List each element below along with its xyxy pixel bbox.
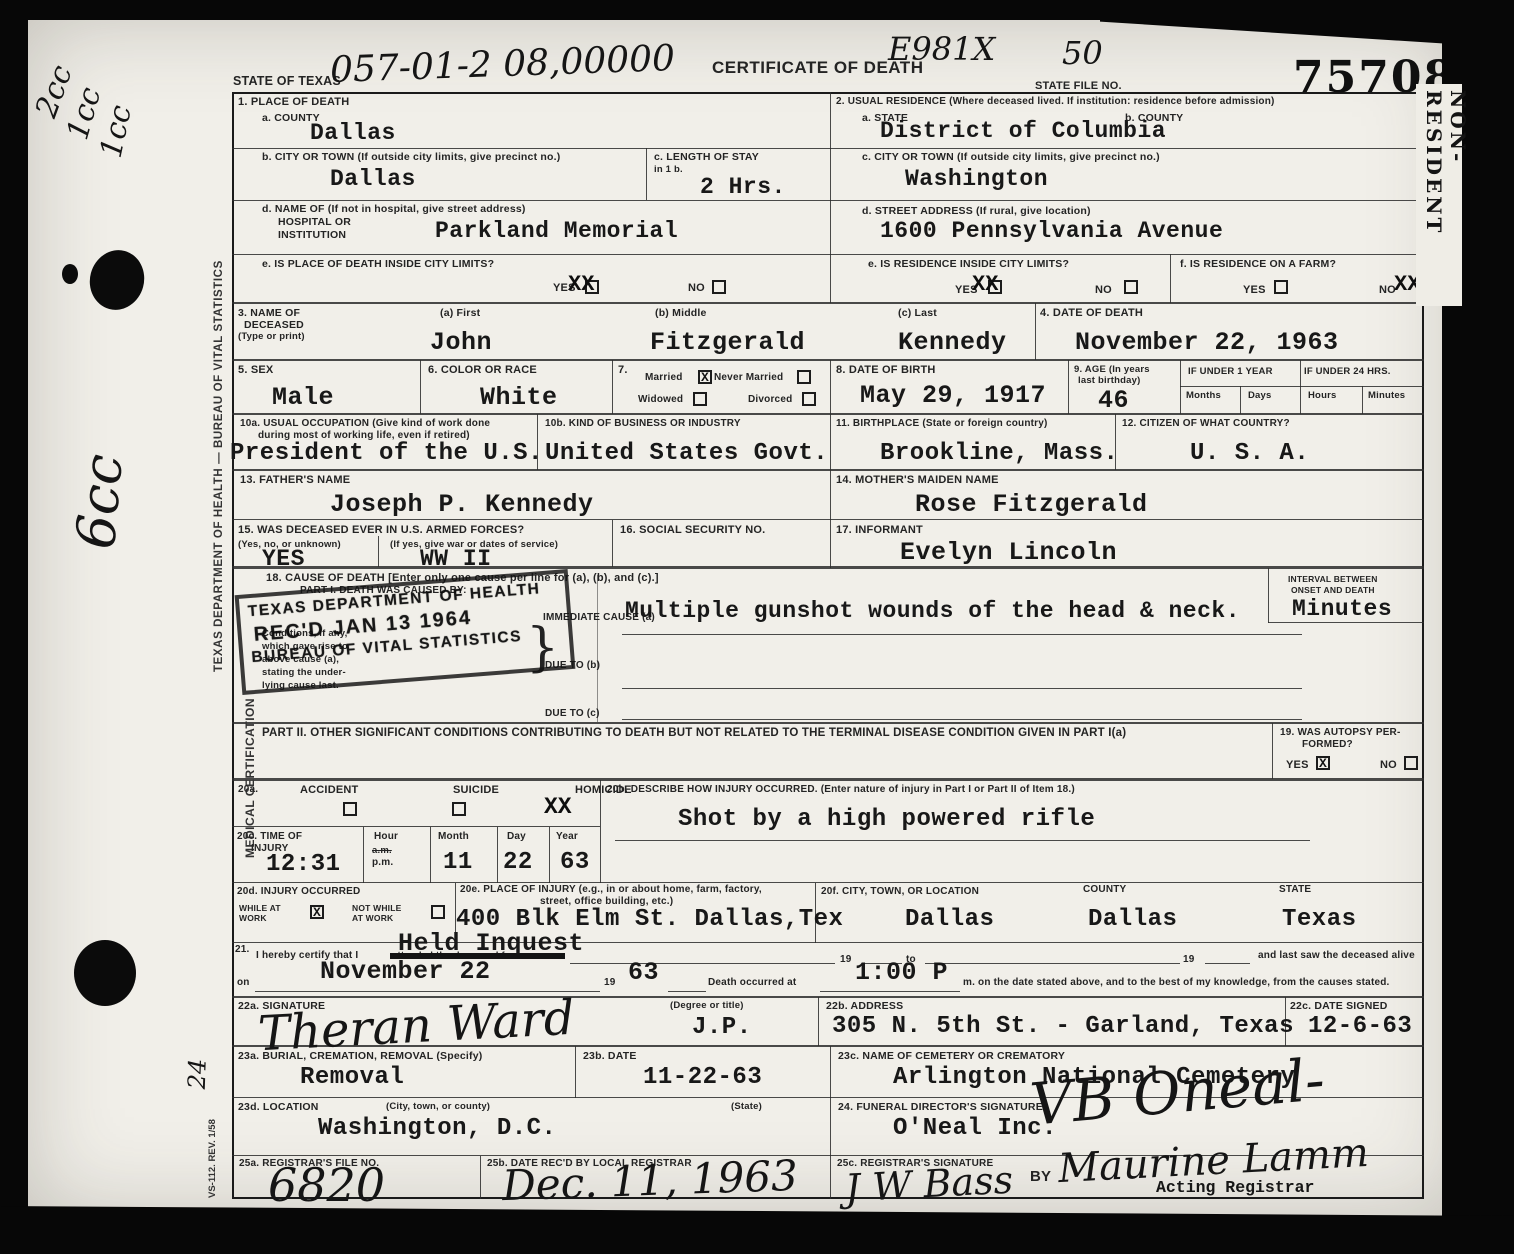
residence-limits-no-label: NO <box>1095 284 1112 296</box>
vline <box>1180 360 1181 414</box>
armed-forces-label: 15. WAS DECEASED EVER IN U.S. ARMED FORC… <box>238 524 524 536</box>
hospital-label: d. NAME OF (If not in hospital, give str… <box>262 203 526 215</box>
handwritten-file-code2: 50 <box>1062 34 1103 72</box>
injury-occurred-label: 20d. INJURY OCCURRED <box>237 886 360 897</box>
death-limits-yes-mark: XX <box>568 272 594 297</box>
autopsy-no-checkbox <box>1404 756 1418 770</box>
month-value: 11 <box>443 849 473 876</box>
death-limits-no-label: NO <box>688 282 705 294</box>
vline <box>363 827 364 883</box>
accident-label: ACCIDENT <box>300 784 358 796</box>
vline <box>1035 303 1036 360</box>
name-of-deceased-label: 3. NAME OF <box>238 307 300 319</box>
state-file-no-label: STATE FILE NO. <box>1035 80 1122 92</box>
injury-city-value: Dallas <box>905 906 994 933</box>
hline <box>232 200 1424 201</box>
hline <box>232 826 600 827</box>
informant-value: Evelyn Lincoln <box>900 538 1117 567</box>
strikethrough-mark <box>390 953 565 959</box>
margin-dept-text: TEXAS DEPARTMENT OF HEALTH — BUREAU OF V… <box>213 260 225 672</box>
residence-limits-label: e. IS RESIDENCE INSIDE CITY LIMITS? <box>868 258 1069 270</box>
city-value: Dallas <box>330 166 416 192</box>
death-certificate-scan: 2cc 1cc 1cc 6cc 24 TEXAS DEPARTMENT OF H… <box>0 0 1514 1254</box>
never-married-checkbox <box>797 370 811 384</box>
county-value: Dallas <box>310 120 396 146</box>
vline <box>1268 568 1269 623</box>
day-value: 22 <box>503 849 533 876</box>
not-while-label1: NOT WHILE <box>352 903 402 913</box>
date-signed-value: 12-6-63 <box>1308 1013 1412 1040</box>
interval-label1: INTERVAL BETWEEN <box>1288 574 1378 584</box>
date-of-death-value: November 22, 1963 <box>1075 328 1339 357</box>
type-or-print-label: (Type or print) <box>238 331 305 342</box>
divorced-label: Divorced <box>748 394 792 405</box>
hline <box>232 359 1424 361</box>
mothers-maiden-value: Rose Fitzgerald <box>915 490 1148 519</box>
vline <box>1300 360 1301 414</box>
location-sublabel2: (State) <box>731 1101 762 1112</box>
birthplace-label: 11. BIRTHPLACE (State or foreign country… <box>836 418 1048 429</box>
vline <box>830 360 831 568</box>
registrar-signature: J W Bass <box>844 1158 1014 1211</box>
blank-line <box>925 963 1180 964</box>
farm-yes-label: YES <box>1243 284 1266 296</box>
hline <box>1180 386 1424 387</box>
ink-blob <box>62 264 78 284</box>
street-address-value: 1600 Pennsylvania Avenue <box>880 218 1223 244</box>
autopsy-no-label: NO <box>1380 759 1397 771</box>
vline <box>830 1046 831 1199</box>
occupation-label: 10a. USUAL OCCUPATION (Give kind of work… <box>240 418 490 429</box>
accident-checkbox <box>343 802 357 816</box>
place-of-injury-label1: 20e. PLACE OF INJURY (e.g., in or about … <box>460 884 762 895</box>
war-service-value: WW II <box>420 546 492 572</box>
year-blank1: 19 <box>840 954 852 965</box>
residence-limits-yes-mark: XX <box>972 272 998 297</box>
sex-label: 5. SEX <box>238 364 273 376</box>
age-label: 9. AGE (In years <box>1074 364 1150 375</box>
non-resident-label: NON-RESIDENT <box>1422 90 1470 305</box>
address-label: 22b. ADDRESS <box>826 1000 903 1012</box>
residence-limits-no-checkbox <box>1124 280 1138 294</box>
vline <box>830 92 831 303</box>
hline <box>232 469 1424 471</box>
pm-label: p.m. <box>372 857 393 868</box>
widowed-label: Widowed <box>638 394 683 405</box>
hours-label: Hours <box>1308 390 1336 401</box>
due-b-underline <box>622 688 1302 689</box>
middle-name-value: Fitzgerald <box>650 328 805 357</box>
certify-date-value: November 22 <box>320 957 491 986</box>
injury-county-value: Dallas <box>1088 906 1177 933</box>
cemetery-label: 23c. NAME OF CEMETERY OR CREMATORY <box>838 1050 1065 1062</box>
blank-line <box>668 991 706 992</box>
industry-value: United States Govt. <box>545 440 828 467</box>
vline <box>612 520 613 567</box>
describe-injury-value: Shot by a high powered rifle <box>678 806 1095 833</box>
citizen-label: 12. CITIZEN OF WHAT COUNTRY? <box>1122 418 1290 429</box>
by-label: BY <box>1030 1168 1051 1185</box>
married-label: Married <box>645 372 683 383</box>
length-of-stay-sublabel: in 1 b. <box>654 164 683 175</box>
vline <box>430 827 431 883</box>
vline <box>1068 360 1069 414</box>
autopsy-yes-mark: X <box>1319 756 1327 771</box>
state-of-texas-label: STATE OF TEXAS <box>233 74 341 88</box>
interval-value: Minutes <box>1292 596 1392 622</box>
residence-city-value: Washington <box>905 166 1048 192</box>
married-check-mark: X <box>701 370 709 385</box>
death-occurred-label: Death occurred at <box>708 977 796 988</box>
industry-label: 10b. KIND OF BUSINESS OR INDUSTRY <box>545 418 741 429</box>
birthplace-value: Brookline, Mass. <box>880 440 1118 467</box>
month-label: Month <box>438 831 469 842</box>
occupation-value: President of the U.S. <box>230 440 543 467</box>
autopsy-yes-label: YES <box>1286 759 1309 771</box>
last-name-value: Kennedy <box>898 328 1007 357</box>
hline <box>232 778 1424 781</box>
year-value: 63 <box>560 849 590 876</box>
while-at-work-label1: WHILE AT <box>239 903 281 913</box>
hline <box>1268 622 1424 623</box>
date-of-death-label: 4. DATE OF DEATH <box>1040 307 1143 319</box>
address-value: 305 N. 5th St. - Garland, Texas <box>832 1013 1294 1040</box>
hline <box>232 519 1424 520</box>
injury-underline <box>615 840 1310 841</box>
year-blank2: 19 <box>1183 954 1195 965</box>
middle-name-label: (b) Middle <box>655 307 707 319</box>
vline <box>1170 254 1171 303</box>
immediate-cause-value: Multiple gunshot wounds of the head & ne… <box>625 598 1240 624</box>
age-label2: last birthday) <box>1078 375 1140 386</box>
place-of-death-label: 1. PLACE OF DEATH <box>238 96 349 108</box>
due-c-underline <box>622 719 1302 720</box>
street-address-label: d. STREET ADDRESS (If rural, give locati… <box>862 205 1091 217</box>
location-value: Washington, D.C. <box>318 1115 556 1142</box>
hospital-label2: HOSPITAL OR <box>278 216 351 228</box>
burial-value: Removal <box>300 1064 404 1091</box>
color-race-label: 6. COLOR OR RACE <box>428 364 537 376</box>
informant-label: 17. INFORMANT <box>836 524 923 536</box>
certify-year-value: 63 <box>628 958 659 987</box>
injury-state-label: STATE <box>1279 884 1311 895</box>
fathers-name-value: Joseph P. Kennedy <box>330 490 594 519</box>
handwritten-file-code: E981X <box>888 30 995 68</box>
vline <box>378 536 379 567</box>
first-name-label: (a) First <box>440 307 480 319</box>
interval-label2: ONSET AND DEATH <box>1291 585 1375 595</box>
color-race-value: White <box>480 383 558 412</box>
vline <box>575 1046 576 1098</box>
autopsy-label2: FORMED? <box>1302 739 1353 750</box>
blank-line <box>820 991 960 992</box>
first-name-value: John <box>430 328 492 357</box>
death-time-value: 1:00 P <box>855 958 948 987</box>
ink-blob <box>74 940 136 1006</box>
part2-label: PART II. OTHER SIGNIFICANT CONDITIONS CO… <box>262 727 1126 739</box>
while-at-work-checkbox: X <box>310 905 324 919</box>
vline <box>646 148 647 200</box>
deceased-label: DECEASED <box>244 319 304 331</box>
vline <box>549 827 550 883</box>
vline <box>420 360 421 414</box>
hline <box>232 566 1424 569</box>
last-name-label: (c) Last <box>898 307 937 319</box>
vline <box>612 360 613 414</box>
year-label: Year <box>556 831 578 842</box>
vline <box>497 827 498 883</box>
date-signed-label: 22c. DATE SIGNED <box>1290 1000 1388 1012</box>
date-of-birth-label: 8. DATE OF BIRTH <box>836 364 936 376</box>
due-to-c-label: DUE TO (c) <box>545 708 600 719</box>
suicide-checkbox <box>452 802 466 816</box>
autopsy-label1: 19. WAS AUTOPSY PER- <box>1280 727 1401 738</box>
date-of-birth-value: May 29, 1917 <box>860 381 1046 410</box>
armed-forces-value: YES <box>262 546 305 572</box>
not-while-label2: AT WORK <box>352 913 393 923</box>
marital-status-label: 7. <box>618 364 628 376</box>
acting-registrar-title: Acting Registrar <box>1156 1178 1314 1197</box>
injury-city-label: 20f. CITY, TOWN, OR LOCATION <box>821 886 979 897</box>
while-at-work-label2: WORK <box>239 913 267 923</box>
injury-state-value: Texas <box>1282 906 1357 933</box>
residence-city-label: c. CITY OR TOWN (If outside city limits,… <box>862 151 1160 163</box>
widowed-checkbox <box>693 392 707 406</box>
married-checkbox: X <box>698 370 712 384</box>
burial-date-label: 23b. DATE <box>583 1050 637 1062</box>
residence-state-value: District of Columbia <box>880 118 1166 144</box>
if-under-24-hrs-label: IF UNDER 24 HRS. <box>1304 366 1391 377</box>
certify-text2: and last saw the deceased alive <box>1258 950 1415 961</box>
location-label: 23d. LOCATION <box>238 1101 319 1113</box>
vline <box>1362 386 1363 414</box>
describe-injury-label: 20b. DESCRIBE HOW INJURY OCCURRED. (Ente… <box>607 784 1075 795</box>
death-city-limits-label: e. IS PLACE OF DEATH INSIDE CITY LIMITS? <box>262 258 494 270</box>
citizen-value: U. S. A. <box>1190 440 1309 467</box>
city-label: b. CITY OR TOWN (If outside city limits,… <box>262 151 560 163</box>
hospital-label3: INSTITUTION <box>278 229 346 241</box>
mothers-maiden-label: 14. MOTHER'S MAIDEN NAME <box>836 474 999 486</box>
length-of-stay-value: 2 Hrs. <box>700 174 786 200</box>
usual-residence-label: 2. USUAL RESIDENCE (Where deceased lived… <box>836 96 1275 107</box>
certify-text3: m. on the date stated above, and to the … <box>963 977 1390 988</box>
vline <box>818 997 819 1046</box>
margin-form-number: VS-112. REV. 1/58 <box>207 1119 218 1198</box>
year-prefix: 19 <box>604 977 616 988</box>
registrar-file-value: 6820 <box>268 1158 385 1212</box>
divorced-checkbox <box>802 392 816 406</box>
item21-number: 21. <box>235 944 250 955</box>
vline <box>1240 386 1241 414</box>
social-security-label: 16. SOCIAL SECURITY NO. <box>620 524 765 536</box>
farm-label: f. IS RESIDENCE ON A FARM? <box>1180 258 1336 270</box>
if-under-1-year-label: IF UNDER 1 YEAR <box>1188 366 1273 377</box>
not-while-checkbox <box>431 905 445 919</box>
minutes-label: Minutes <box>1368 390 1405 401</box>
while-at-work-mark: X <box>313 905 321 920</box>
on-label: on <box>237 977 250 988</box>
hline <box>232 254 1424 255</box>
hline <box>232 722 1424 724</box>
hline <box>232 148 1424 149</box>
months-label: Months <box>1186 390 1221 401</box>
hospital-value: Parkland Memorial <box>435 218 678 244</box>
hline <box>232 413 1424 415</box>
time-of-injury-label1: 20c. TIME OF <box>237 831 302 842</box>
length-of-stay-label: c. LENGTH OF STAY <box>654 151 759 163</box>
fathers-name-label: 13. FATHER'S NAME <box>240 474 350 486</box>
margin-note: 24 <box>183 1058 212 1090</box>
day-label: Day <box>507 831 526 842</box>
injury-county-label: COUNTY <box>1083 884 1126 895</box>
cause-a-underline <box>622 634 1302 635</box>
autopsy-yes-checkbox: X <box>1316 756 1330 770</box>
days-label: Days <box>1248 390 1272 401</box>
vline <box>597 575 598 722</box>
am-label-struck: a.m. <box>372 845 392 856</box>
item20a-number: 20a. <box>238 784 258 795</box>
farm-yes-checkbox <box>1274 280 1288 294</box>
blank-line <box>570 963 835 964</box>
scan-edge-left <box>0 0 28 1254</box>
death-limits-no-checkbox <box>712 280 726 294</box>
suicide-label: SUICIDE <box>453 784 499 796</box>
blank-line <box>1205 963 1250 964</box>
vline <box>1272 723 1273 779</box>
hline <box>232 302 1424 304</box>
hline <box>232 882 1424 883</box>
sex-value: Male <box>272 383 334 412</box>
date-received-value: Dec. 11, 1963 <box>501 1151 798 1210</box>
never-married-label: Never Married <box>714 372 783 383</box>
funeral-director-label: 24. FUNERAL DIRECTOR'S SIGNATURE <box>838 1101 1043 1113</box>
hour-label: Hour <box>374 831 398 842</box>
age-value: 46 <box>1098 386 1129 415</box>
time-of-injury-value: 12:31 <box>266 851 341 878</box>
homicide-mark: XX <box>544 794 572 820</box>
vline <box>480 1156 481 1199</box>
burial-date-value: 11-22-63 <box>643 1064 762 1091</box>
margin-note: 6cc <box>64 452 135 552</box>
degree-title-value: J.P. <box>692 1014 752 1041</box>
degree-title-label: (Degree or title) <box>670 1000 744 1011</box>
location-sublabel1: (City, town, or county) <box>386 1101 490 1112</box>
